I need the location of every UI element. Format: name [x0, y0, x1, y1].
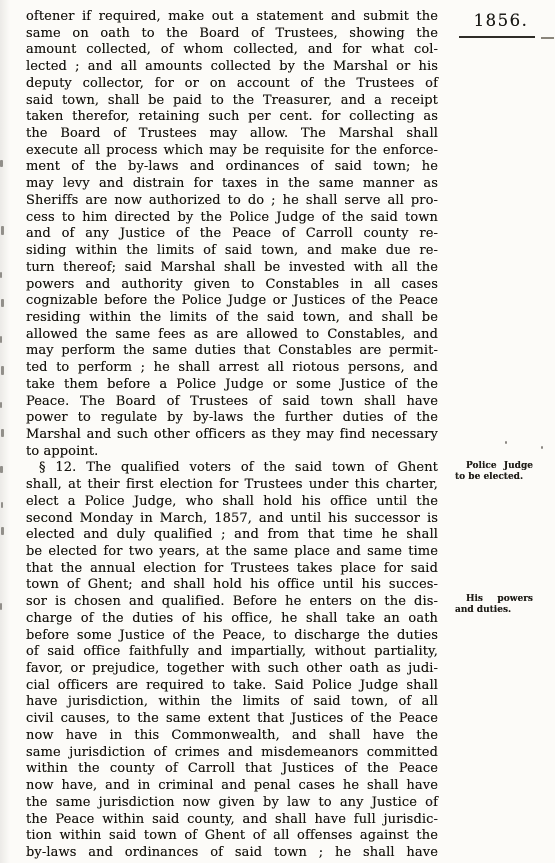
- paragraph-marshal-duties: oftener if required, make out a statemen…: [26, 9, 438, 460]
- margin-note-powers-duties: His powers and duties.: [455, 594, 533, 616]
- body-line: within the county of Carroll that Justic…: [26, 761, 438, 778]
- scan-artifact-tick: [0, 402, 2, 408]
- body-line: amount collected, of whom collected, and…: [26, 42, 438, 59]
- year-underline-rule: [459, 36, 535, 38]
- body-line: Peace. The Board of Trustees of said tow…: [26, 394, 438, 411]
- margin-note-police-judge: Police Judge to be elected.: [455, 461, 533, 483]
- body-line: charge of the duties of his office, he s…: [26, 611, 438, 628]
- body-line: lected ; and all amounts collected by th…: [26, 59, 438, 76]
- scan-artifact-tick: [1, 226, 4, 235]
- body-line: the Peace within said county, and shall …: [26, 812, 438, 829]
- body-line: same jurisdiction of crimes and misdemea…: [26, 745, 438, 762]
- body-line: powers and authority given to Constables…: [26, 277, 438, 294]
- body-line: tion within said town of Ghent of all of…: [26, 828, 438, 845]
- text-column: oftener if required, make out a statemen…: [26, 9, 438, 862]
- body-line: residing within the limits of the said t…: [26, 310, 438, 327]
- body-line: deputy collector, for or on account of t…: [26, 76, 438, 93]
- body-line: now have, and in criminal and penal case…: [26, 778, 438, 795]
- body-line: ment of the by-laws and ordinances of sa…: [26, 159, 438, 176]
- body-line: same on oath to the Board of Trustees, s…: [26, 26, 438, 43]
- body-line: execute all process which may be requisi…: [26, 143, 438, 160]
- year-underline-dash: [541, 37, 554, 39]
- body-line: be elected for two years, at the same pl…: [26, 544, 438, 561]
- body-line: siding within the limits of said town, a…: [26, 243, 438, 260]
- body-line: taken therefor, retaining such per cent.…: [26, 109, 438, 126]
- body-line: the Board of Trustees may allow. The Mar…: [26, 126, 438, 143]
- body-line: ted to perform ; he shall arrest all rio…: [26, 360, 438, 377]
- body-line: power to regulate by by-laws the further…: [26, 410, 438, 427]
- scan-artifact-tick: [0, 466, 3, 473]
- body-line: and of any Justice of the Peace of Carro…: [26, 226, 438, 243]
- body-line: Marshal and such other officers as they …: [26, 427, 438, 444]
- body-line: sor is chosen and qualified. Before he e…: [26, 594, 438, 611]
- body-line: that the annual election for Trustees ta…: [26, 561, 438, 578]
- body-line: now have in this Commonwealth, and shall…: [26, 728, 438, 745]
- scan-artifact-tick: [0, 603, 2, 610]
- body-line: by-laws and ordinances of said town ; he…: [26, 845, 438, 862]
- paragraph-section-12: § 12. The qualified voters of the said t…: [26, 460, 438, 861]
- body-line: elect a Police Judge, who shall hold his…: [26, 494, 438, 511]
- body-line: allowed the same fees as are allowed to …: [26, 327, 438, 344]
- body-line: the same jurisdiction now given by law t…: [26, 795, 438, 812]
- body-line: may perform the same duties that Constab…: [26, 343, 438, 360]
- body-line: have jurisdiction, within the limits of …: [26, 694, 438, 711]
- body-line: said town, shall be paid to the Treasure…: [26, 93, 438, 110]
- body-line: favor, or prejudice, together with such …: [26, 661, 438, 678]
- body-line: § 12. The qualified voters of the said t…: [26, 460, 438, 477]
- year-header: 1856.: [458, 11, 544, 30]
- body-line: second Monday in March, 1857, and until …: [26, 511, 438, 528]
- body-line: elected and duly qualified ; and from th…: [26, 527, 438, 544]
- scanned-document-page: oftener if required, make out a statemen…: [0, 0, 555, 863]
- body-line: Sheriffs are now authorized to do ; he s…: [26, 193, 438, 210]
- body-line: oftener if required, make out a statemen…: [26, 9, 438, 26]
- scan-artifact-tick: [1, 299, 4, 307]
- body-line: before some Justice of the Peace, to dis…: [26, 628, 438, 645]
- body-line: take them before a Police Judge or some …: [26, 377, 438, 394]
- body-line: to appoint.: [26, 444, 438, 461]
- body-line: turn thereof; said Marshal shall be inve…: [26, 260, 438, 277]
- body-line: cess to him directed by the Police Judge…: [26, 210, 438, 227]
- scan-artifact-tick: [0, 272, 2, 278]
- scan-artifact-tick: [0, 336, 2, 343]
- scan-artifact-speck: [541, 446, 543, 449]
- body-line: civil causes, to the same extent that Ju…: [26, 711, 438, 728]
- body-line: of said office faithfully and impartiall…: [26, 644, 438, 661]
- scan-artifact-tick: [1, 429, 4, 437]
- body-line: town of Ghent; and shall hold his office…: [26, 577, 438, 594]
- scan-artifact-tick: [0, 160, 3, 167]
- body-line: shall, at their first election for Trust…: [26, 477, 438, 494]
- body-line: cial officers are required to take. Said…: [26, 678, 438, 695]
- scan-artifact-speck: [505, 441, 507, 444]
- scan-artifact-tick: [1, 527, 4, 535]
- body-line: cognizable before the Police Judge or Ju…: [26, 293, 438, 310]
- scan-artifact-tick: [1, 366, 4, 375]
- scan-artifact-tick: [1, 502, 3, 508]
- body-line: may levy and distrain for taxes in the s…: [26, 176, 438, 193]
